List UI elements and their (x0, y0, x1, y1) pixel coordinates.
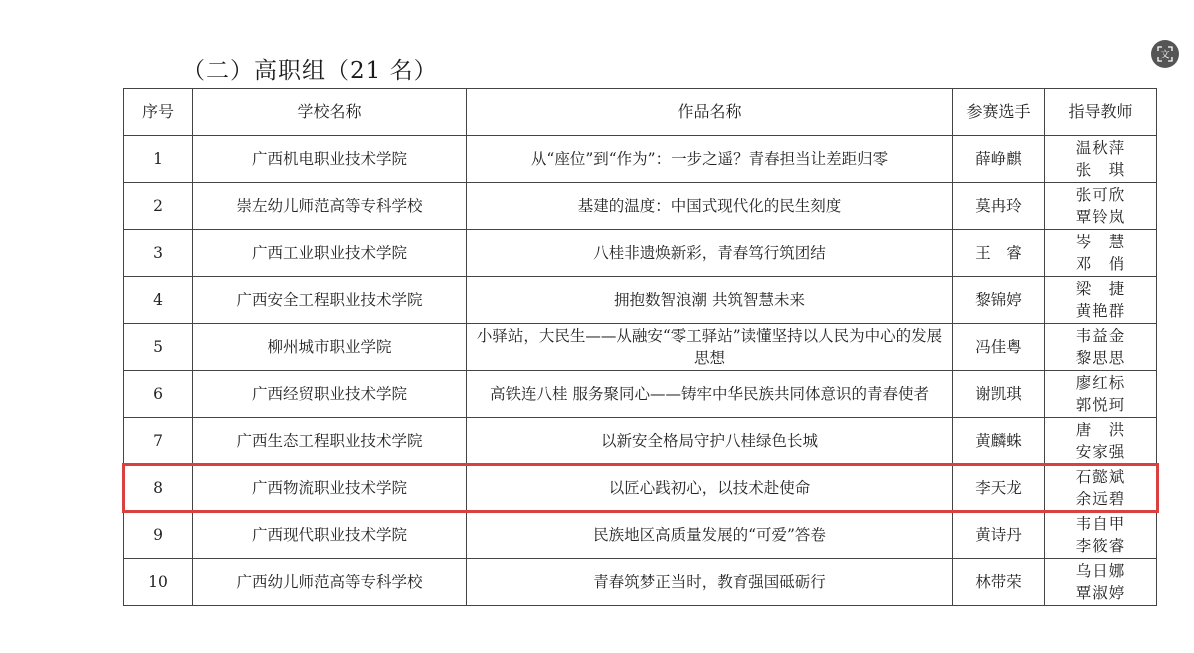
school-name: 广西工业职业技术学院 (193, 230, 467, 277)
teacher-names: 张可欣覃铃岚 (1045, 183, 1157, 230)
work-title: 青春筑梦正当时，教育强国砥砺行 (467, 559, 953, 606)
row-number: 9 (124, 512, 193, 559)
teacher-names: 韦益金黎思思 (1045, 324, 1157, 371)
teacher-name: 岑 慧 (1049, 231, 1152, 253)
teacher-name: 黎思思 (1049, 347, 1152, 369)
table-row: 10广西幼儿师范高等专科学校青春筑梦正当时，教育强国砥砺行林带荣乌日娜覃淑婷 (124, 559, 1157, 606)
student-name: 黄诗丹 (953, 512, 1045, 559)
school-name: 广西物流职业技术学院 (193, 465, 467, 512)
row-number: 5 (124, 324, 193, 371)
header-no: 序号 (124, 89, 193, 136)
table-row: 9广西现代职业技术学院民族地区高质量发展的“可爱”答卷黄诗丹韦自甲李筱睿 (124, 512, 1157, 559)
table-row: 5柳州城市职业学院小驿站，大民生——从融安“零工驿站”读懂坚持以人民为中心的发展… (124, 324, 1157, 371)
teacher-name: 唐 洪 (1049, 419, 1152, 441)
table-row: 8广西物流职业技术学院以匠心践初心，以技术赴使命李天龙石懿斌余远碧 (124, 465, 1157, 512)
teacher-names: 乌日娜覃淑婷 (1045, 559, 1157, 606)
student-name: 莫冉玲 (953, 183, 1045, 230)
school-name: 广西安全工程职业技术学院 (193, 277, 467, 324)
translate-button[interactable]: 文 (1151, 40, 1179, 68)
row-number: 8 (124, 465, 193, 512)
header-work: 作品名称 (467, 89, 953, 136)
student-name: 李天龙 (953, 465, 1045, 512)
header-student: 参赛选手 (953, 89, 1045, 136)
student-name: 林带荣 (953, 559, 1045, 606)
teacher-names: 石懿斌余远碧 (1045, 465, 1157, 512)
student-name: 冯佳粤 (953, 324, 1045, 371)
table-row: 7广西生态工程职业技术学院以新安全格局守护八桂绿色长城黄麟蛛唐 洪安家强 (124, 418, 1157, 465)
row-number: 2 (124, 183, 193, 230)
row-number: 1 (124, 136, 193, 183)
teacher-name: 覃铃岚 (1049, 206, 1152, 228)
teacher-name: 韦益金 (1049, 325, 1152, 347)
teacher-name: 梁 捷 (1049, 278, 1152, 300)
awards-table: 序号 学校名称 作品名称 参赛选手 指导教师 1广西机电职业技术学院从“座位”到… (123, 88, 1157, 606)
translate-icon: 文 (1157, 46, 1173, 62)
student-name: 薛峥麒 (953, 136, 1045, 183)
teacher-name: 郭悦珂 (1049, 394, 1152, 416)
work-title: 拥抱数智浪潮 共筑智慧未来 (467, 277, 953, 324)
student-name: 黎锦婷 (953, 277, 1045, 324)
work-title: 民族地区高质量发展的“可爱”答卷 (467, 512, 953, 559)
school-name: 广西经贸职业技术学院 (193, 371, 467, 418)
row-number: 7 (124, 418, 193, 465)
table-row: 2崇左幼儿师范高等专科学校基建的温度：中国式现代化的民生刻度莫冉玲张可欣覃铃岚 (124, 183, 1157, 230)
school-name: 广西现代职业技术学院 (193, 512, 467, 559)
teacher-names: 廖红标郭悦珂 (1045, 371, 1157, 418)
teacher-names: 梁 捷黄艳群 (1045, 277, 1157, 324)
teacher-name: 安家强 (1049, 441, 1152, 463)
school-name: 广西幼儿师范高等专科学校 (193, 559, 467, 606)
table-row: 4广西安全工程职业技术学院拥抱数智浪潮 共筑智慧未来黎锦婷梁 捷黄艳群 (124, 277, 1157, 324)
teacher-name: 石懿斌 (1049, 466, 1152, 488)
school-name: 崇左幼儿师范高等专科学校 (193, 183, 467, 230)
work-title: 八桂非遗焕新彩，青春笃行筑团结 (467, 230, 953, 277)
work-title: 以新安全格局守护八桂绿色长城 (467, 418, 953, 465)
table-row: 1广西机电职业技术学院从“座位”到“作为”：一步之遥？青春担当让差距归零薛峥麒温… (124, 136, 1157, 183)
teacher-name: 韦自甲 (1049, 513, 1152, 535)
work-title: 小驿站，大民生——从融安“零工驿站”读懂坚持以人民为中心的发展思想 (467, 324, 953, 371)
work-title: 以匠心践初心，以技术赴使命 (467, 465, 953, 512)
table-header-row: 序号 学校名称 作品名称 参赛选手 指导教师 (124, 89, 1157, 136)
table-row: 6广西经贸职业技术学院高铁连八桂 服务聚同心——铸牢中华民族共同体意识的青春使者… (124, 371, 1157, 418)
school-name: 广西生态工程职业技术学院 (193, 418, 467, 465)
table-row: 3广西工业职业技术学院八桂非遗焕新彩，青春笃行筑团结王 睿岑 慧邓 俏 (124, 230, 1157, 277)
school-name: 柳州城市职业学院 (193, 324, 467, 371)
svg-text:文: 文 (1160, 49, 1169, 61)
teacher-name: 张 琪 (1049, 159, 1152, 181)
teacher-name: 余远碧 (1049, 488, 1152, 510)
student-name: 黄麟蛛 (953, 418, 1045, 465)
student-name: 谢凯琪 (953, 371, 1045, 418)
teacher-name: 邓 俏 (1049, 253, 1152, 275)
row-number: 3 (124, 230, 193, 277)
teacher-names: 韦自甲李筱睿 (1045, 512, 1157, 559)
teacher-name: 李筱睿 (1049, 535, 1152, 557)
row-number: 6 (124, 371, 193, 418)
section-title: （二）高职组（21 名） (182, 52, 438, 85)
work-title: 从“座位”到“作为”：一步之遥？青春担当让差距归零 (467, 136, 953, 183)
row-number: 10 (124, 559, 193, 606)
header-school: 学校名称 (193, 89, 467, 136)
teacher-name: 温秋萍 (1049, 137, 1152, 159)
school-name: 广西机电职业技术学院 (193, 136, 467, 183)
student-name: 王 睿 (953, 230, 1045, 277)
teacher-name: 黄艳群 (1049, 300, 1152, 322)
teacher-names: 岑 慧邓 俏 (1045, 230, 1157, 277)
header-teacher: 指导教师 (1045, 89, 1157, 136)
teacher-name: 张可欣 (1049, 184, 1152, 206)
teacher-names: 温秋萍张 琪 (1045, 136, 1157, 183)
teacher-name: 覃淑婷 (1049, 582, 1152, 604)
teacher-name: 乌日娜 (1049, 560, 1152, 582)
row-number: 4 (124, 277, 193, 324)
teacher-names: 唐 洪安家强 (1045, 418, 1157, 465)
work-title: 基建的温度：中国式现代化的民生刻度 (467, 183, 953, 230)
teacher-name: 廖红标 (1049, 372, 1152, 394)
work-title: 高铁连八桂 服务聚同心——铸牢中华民族共同体意识的青春使者 (467, 371, 953, 418)
